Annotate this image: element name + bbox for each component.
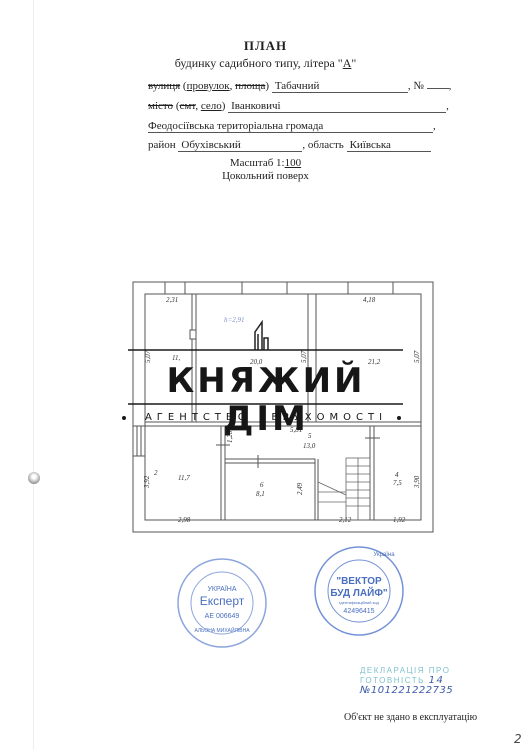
svg-text:БУД ЛАЙФ": БУД ЛАЙФ" <box>330 586 388 599</box>
svg-text:АЕ 006649: АЕ 006649 <box>205 613 240 620</box>
svg-text:Експерт: Експерт <box>200 594 245 608</box>
svg-text:11,7: 11,7 <box>178 474 190 482</box>
svg-text:2: 2 <box>154 469 158 477</box>
expert-stamp: УКРАЇНА Експерт АЕ 006649 АЛЬОНА МИХАЙЛІ… <box>178 559 266 647</box>
company-stamp: Україна "ВЕКТОР БУД ЛАЙФ" Ідентифікаційн… <box>315 547 403 635</box>
svg-text:4: 4 <box>395 471 399 479</box>
svg-text:"ВЕКТОР: "ВЕКТОР <box>336 576 382 587</box>
logo-building-icon <box>255 322 268 350</box>
svg-text:3,92: 3,92 <box>143 475 151 489</box>
svg-text:Україна: Україна <box>373 552 395 558</box>
svg-text:1,92: 1,92 <box>393 516 406 524</box>
svg-text:h=2,91: h=2,91 <box>224 316 244 324</box>
svg-text:УКРАЇНА: УКРАЇНА <box>207 585 236 593</box>
svg-text:2,98: 2,98 <box>178 516 191 524</box>
svg-text:42496415: 42496415 <box>343 608 374 615</box>
svg-text:АЛЬОНА МИХАЙЛІВНА: АЛЬОНА МИХАЙЛІВНА <box>194 626 250 634</box>
svg-text:6: 6 <box>260 481 264 489</box>
svg-text:2,12: 2,12 <box>339 516 352 524</box>
svg-text:4,18: 4,18 <box>363 296 376 304</box>
watermark-logo-name: КНЯЖИЙ ДІМ <box>126 362 406 438</box>
svg-text:8,1: 8,1 <box>256 490 265 498</box>
svg-text:5,07: 5,07 <box>413 350 421 363</box>
page-number: 2 <box>514 732 522 746</box>
svg-text:Ідентифікаційний код: Ідентифікаційний код <box>339 600 379 605</box>
watermark-logo-tagline: АГЕНТСТВО НЕРУХОМОСТІ <box>116 412 416 423</box>
svg-text:7,5: 7,5 <box>393 479 402 487</box>
footer-note: Об'єкт не здано в експлуатацію <box>344 712 477 723</box>
svg-text:2,49: 2,49 <box>296 482 304 495</box>
svg-text:2,31: 2,31 <box>166 296 178 304</box>
declaration-stamp: ДЕКЛАРАЦІЯ ПРО ГОТОВНІСТЬ 14 №1012212227… <box>360 666 453 696</box>
svg-text:13,0: 13,0 <box>303 442 316 450</box>
svg-text:3,90: 3,90 <box>413 475 421 489</box>
